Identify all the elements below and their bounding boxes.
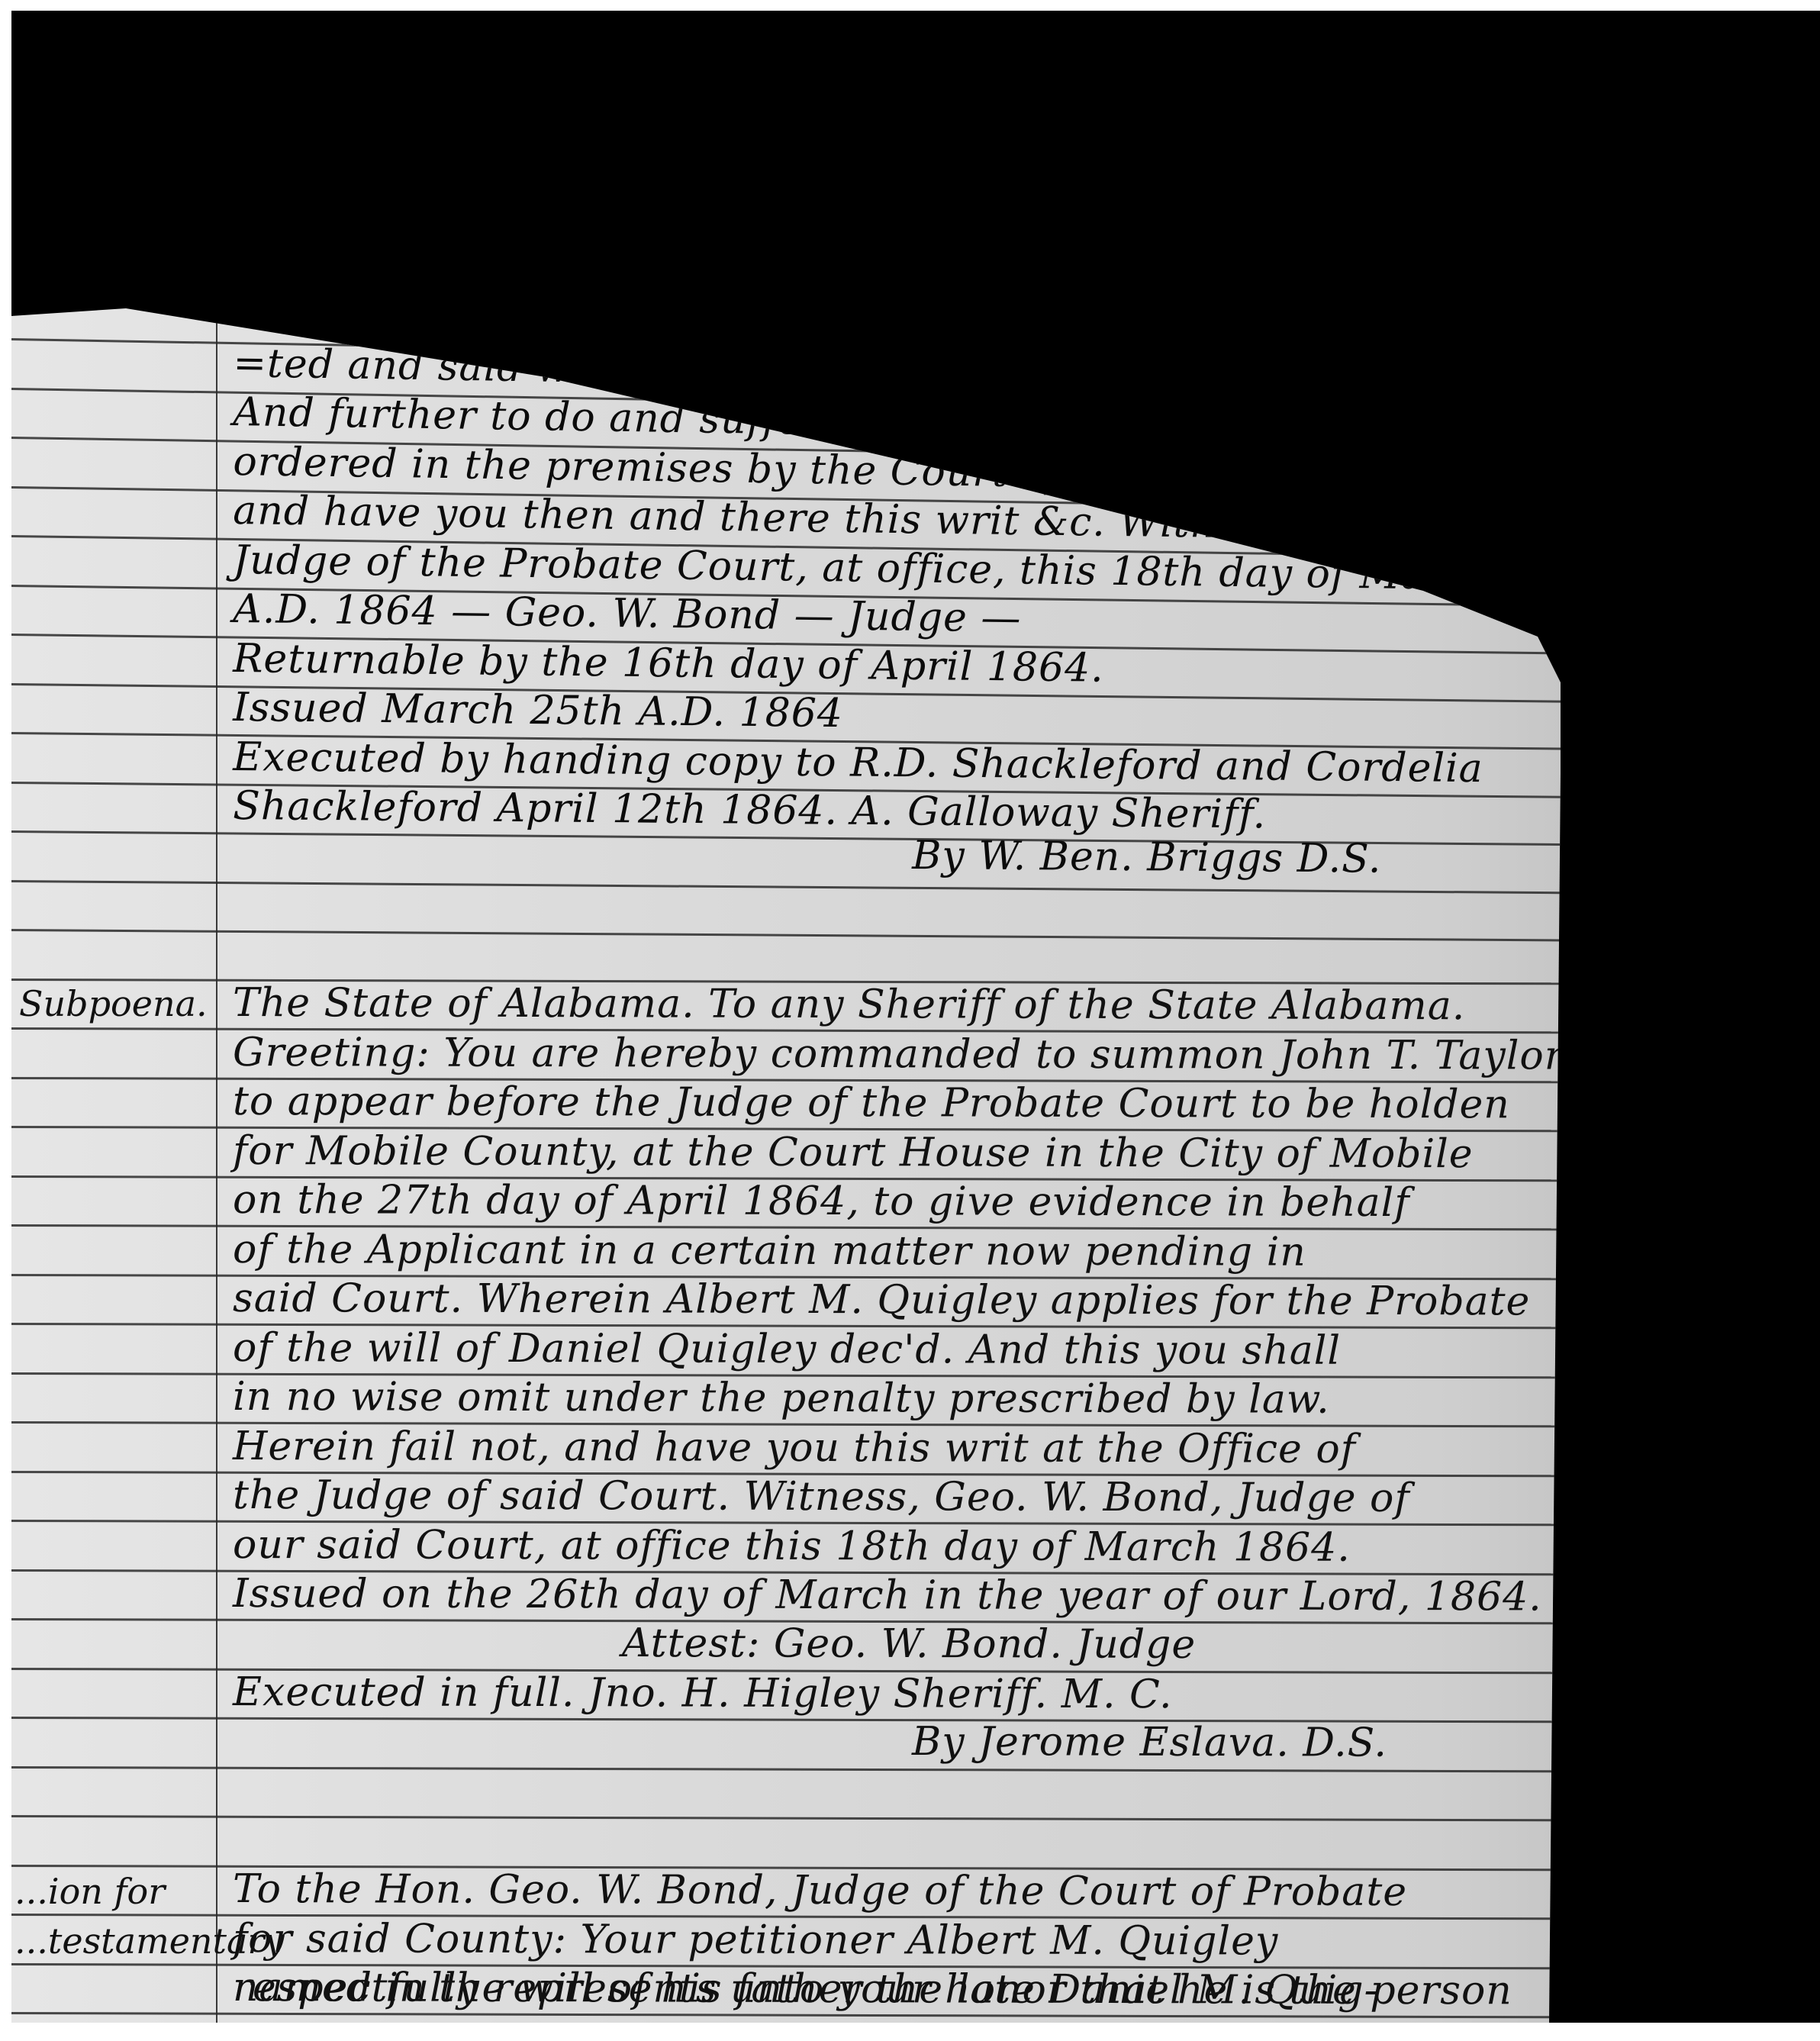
subpoena-line: of the will of Daniel Quigley dec'd. And… xyxy=(233,1325,1341,1374)
subpoena-line: on the 27th day of April 1864, to give e… xyxy=(233,1177,1410,1226)
scanned-ledger-image: application this day filed in said Court… xyxy=(11,11,1820,2023)
subpoena-line: in no wise omit under the penalty prescr… xyxy=(233,1374,1330,1423)
petition-line: for said County: Your petitioner Albert … xyxy=(233,1916,1278,1965)
left-margin-rule xyxy=(216,301,217,2023)
right-margin-rule xyxy=(1622,247,1625,2023)
writ-conclusion-line: Shackleford April 12th 1864. A. Galloway… xyxy=(233,783,1266,837)
ledger-rule-line xyxy=(11,880,1690,895)
writ-conclusion-line: Issued March 25th A.D. 1864 xyxy=(233,685,843,737)
writ-conclusion-line: Executed by handing copy to R.D. Shackle… xyxy=(233,734,1483,792)
subpoena-line: The State of Alabama. To any Sheriff of … xyxy=(233,980,1465,1029)
subpoena-line: for Mobile County, at the Court House in… xyxy=(233,1128,1474,1177)
writ-conclusion-line: Returnable by the 16th day of April 1864… xyxy=(233,636,1104,692)
writ-conclusion-line: A.D. 1864 — Geo. W. Bond — Judge — xyxy=(233,586,1022,641)
writ-conclusion-line: the probate of an instrument of writing … xyxy=(233,242,1581,312)
subpoena-line: Executed in full. Jno. H. Higley Sheriff… xyxy=(233,1669,1173,1717)
subpoena-line: the Judge of said Court. Witness, Geo. W… xyxy=(233,1472,1410,1521)
petition-line: To the Hon. Geo. W. Bond, Judge of the C… xyxy=(233,1866,1407,1915)
subpoena-line: Herein fail not, and have you this writ … xyxy=(233,1424,1356,1472)
writ-conclusion-line: will and testament of Daniel Quigley dec… xyxy=(233,291,1571,360)
ledger-rule-line xyxy=(11,1815,1690,1822)
writ-conclusion-line: application this day filed in said Court… xyxy=(233,192,1554,263)
margin-label-petition: ...ion for xyxy=(14,1871,165,1912)
subpoena-line: our said Court, at office this 18th day … xyxy=(233,1522,1351,1571)
petition-line: named in the will of his father the late… xyxy=(233,1965,1378,2014)
ledger-rule-line xyxy=(11,1766,1690,1773)
subpoena-line: to appear before the Judge of the Probat… xyxy=(233,1079,1510,1127)
ledger-rule-line xyxy=(11,929,1690,943)
ledger-page: application this day filed in said Court… xyxy=(11,11,1690,2023)
margin-label-subpoena: Subpoena. xyxy=(19,983,208,1024)
subpoena-line: Issued on the 26th day of March in the y… xyxy=(233,1571,1542,1620)
subpoena-line: Greeting: You are hereby commanded to su… xyxy=(233,1030,1564,1079)
ledger-rule-line xyxy=(11,1717,1690,1723)
ledger-rule-line xyxy=(11,289,1690,322)
subpoena-line: said Court. Wherein Albert M. Quigley ap… xyxy=(233,1275,1530,1324)
subpoena-line: Attest: Geo. W. Bond. Judge xyxy=(622,1620,1196,1668)
margin-label-petition: ...testamentary xyxy=(14,1920,284,1962)
ledger-rule-line xyxy=(11,240,1690,274)
writ-conclusion-line: By W. Ben. Briggs D.S. xyxy=(912,833,1382,882)
subpoena-line: of the Applicant in a certain matter now… xyxy=(233,1227,1306,1275)
subpoena-line: By Jerome Eslava. D.S. xyxy=(912,1719,1387,1766)
